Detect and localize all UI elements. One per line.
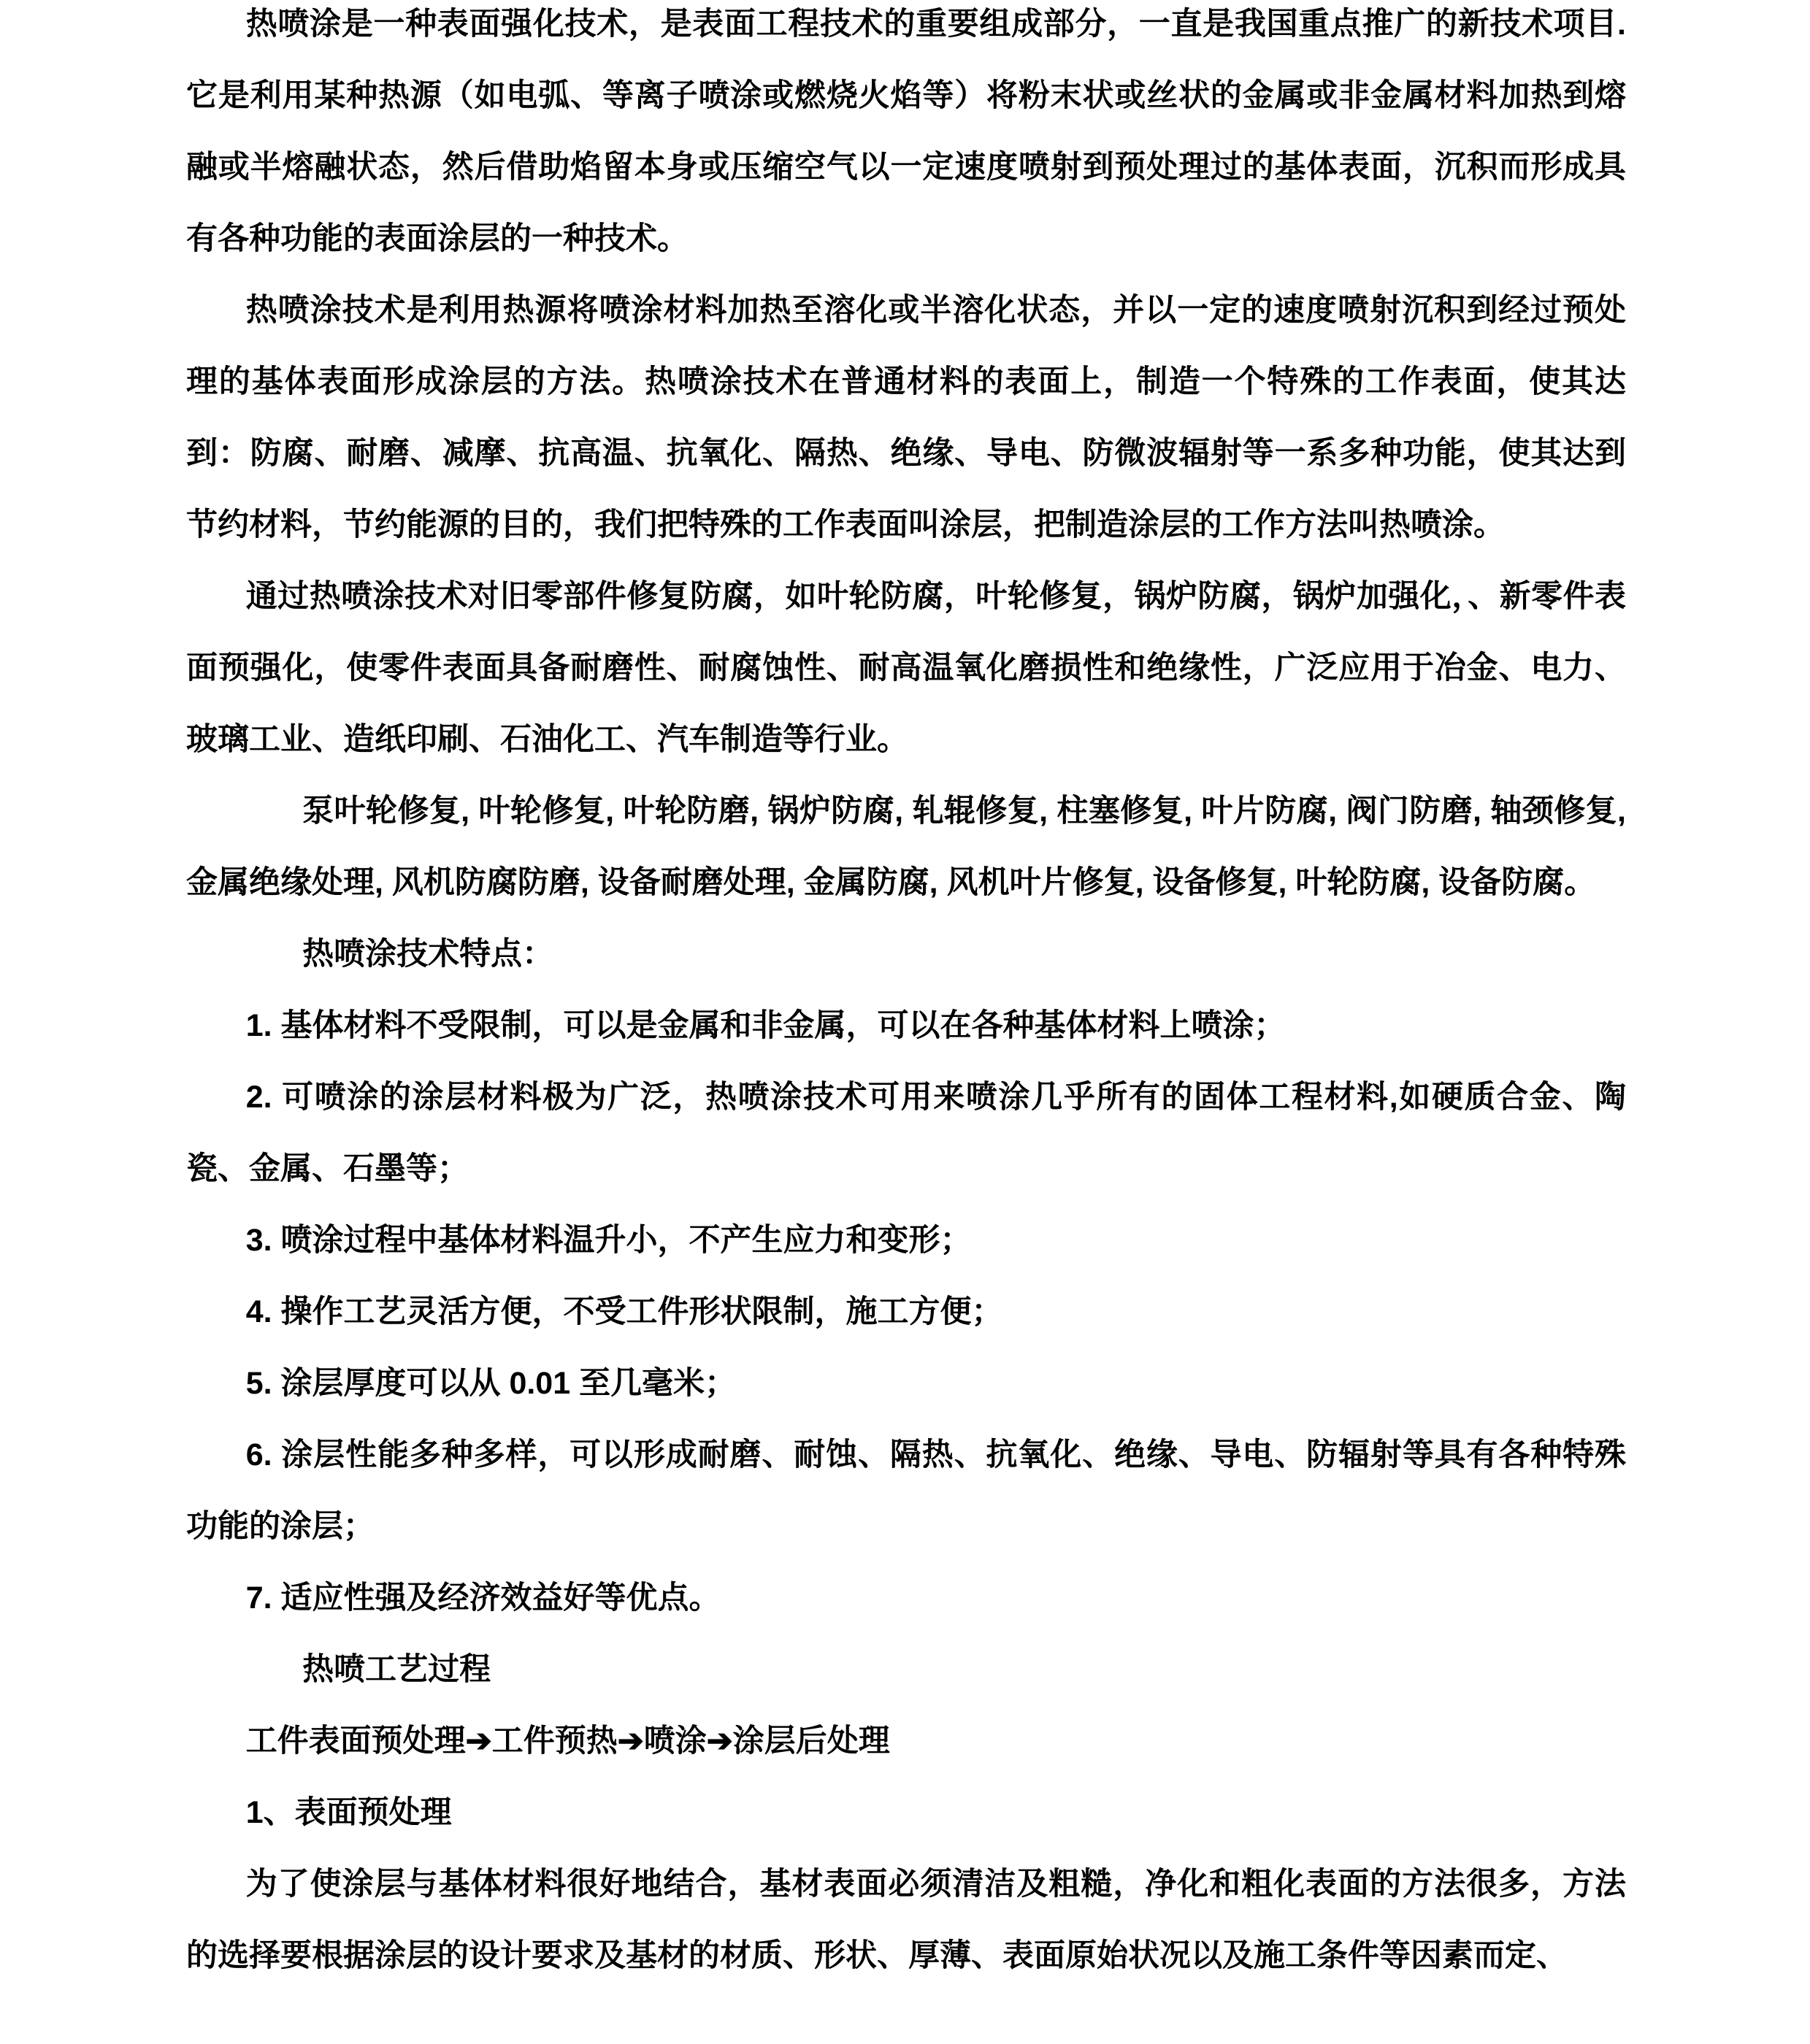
para-process-flow: 工件表面预处理➔工件预热➔喷涂➔涂层后处理 <box>186 1705 1626 1777</box>
para-intro-definition: 热喷涂是一种表面强化技术，是表面工程技术的重要组成部分，一直是我国重点推广的新技… <box>186 0 1626 274</box>
feature-item-7: 7. 适应性强及经济效益好等优点。 <box>186 1562 1626 1634</box>
feature-item-6: 6. 涂层性能多种多样，可以形成耐磨、耐蚀、隔热、抗氧化、绝缘、导电、防辐射等具… <box>186 1419 1626 1562</box>
heading-surface-pretreatment: 1、表面预处理 <box>186 1777 1626 1848</box>
para-applications: 通过热喷涂技术对旧零部件修复防腐，如叶轮防腐，叶轮修复，锅炉防腐，锅炉加强化，、… <box>186 561 1626 775</box>
para-technology-description: 热喷涂技术是利用热源将喷涂材料加热至溶化或半溶化状态，并以一定的速度喷射沉积到经… <box>186 274 1626 561</box>
feature-item-1: 1. 基体材料不受限制，可以是金属和非金属，可以在各种基体材料上喷涂； <box>186 990 1626 1061</box>
document-page: 热喷涂是一种表面强化技术，是表面工程技术的重要组成部分，一直是我国重点推广的新技… <box>0 0 1810 2044</box>
feature-item-3: 3. 喷涂过程中基体材料温升小，不产生应力和变形； <box>186 1204 1626 1276</box>
heading-tech-features: 热喷涂技术特点： <box>186 918 1626 990</box>
para-service-list: 泵叶轮修复, 叶轮修复, 叶轮防磨, 锅炉防腐, 轧辊修复, 柱塞修复, 叶片防… <box>186 775 1626 918</box>
heading-spray-process: 热喷工艺过程 <box>186 1634 1626 1705</box>
feature-item-4: 4. 操作工艺灵活方便，不受工件形状限制，施工方便； <box>186 1276 1626 1348</box>
feature-item-2: 2. 可喷涂的涂层材料极为广泛，热喷涂技术可用来喷涂几乎所有的固体工程材料,如硬… <box>186 1061 1626 1204</box>
para-pretreatment-description: 为了使涂层与基体材料很好地结合，基材表面必须清洁及粗糙，净化和粗化表面的方法很多… <box>186 1848 1626 1991</box>
feature-item-5: 5. 涂层厚度可以从 0.01 至几毫米； <box>186 1348 1626 1419</box>
document-body: 热喷涂是一种表面强化技术，是表面工程技术的重要组成部分，一直是我国重点推广的新技… <box>186 0 1626 1991</box>
